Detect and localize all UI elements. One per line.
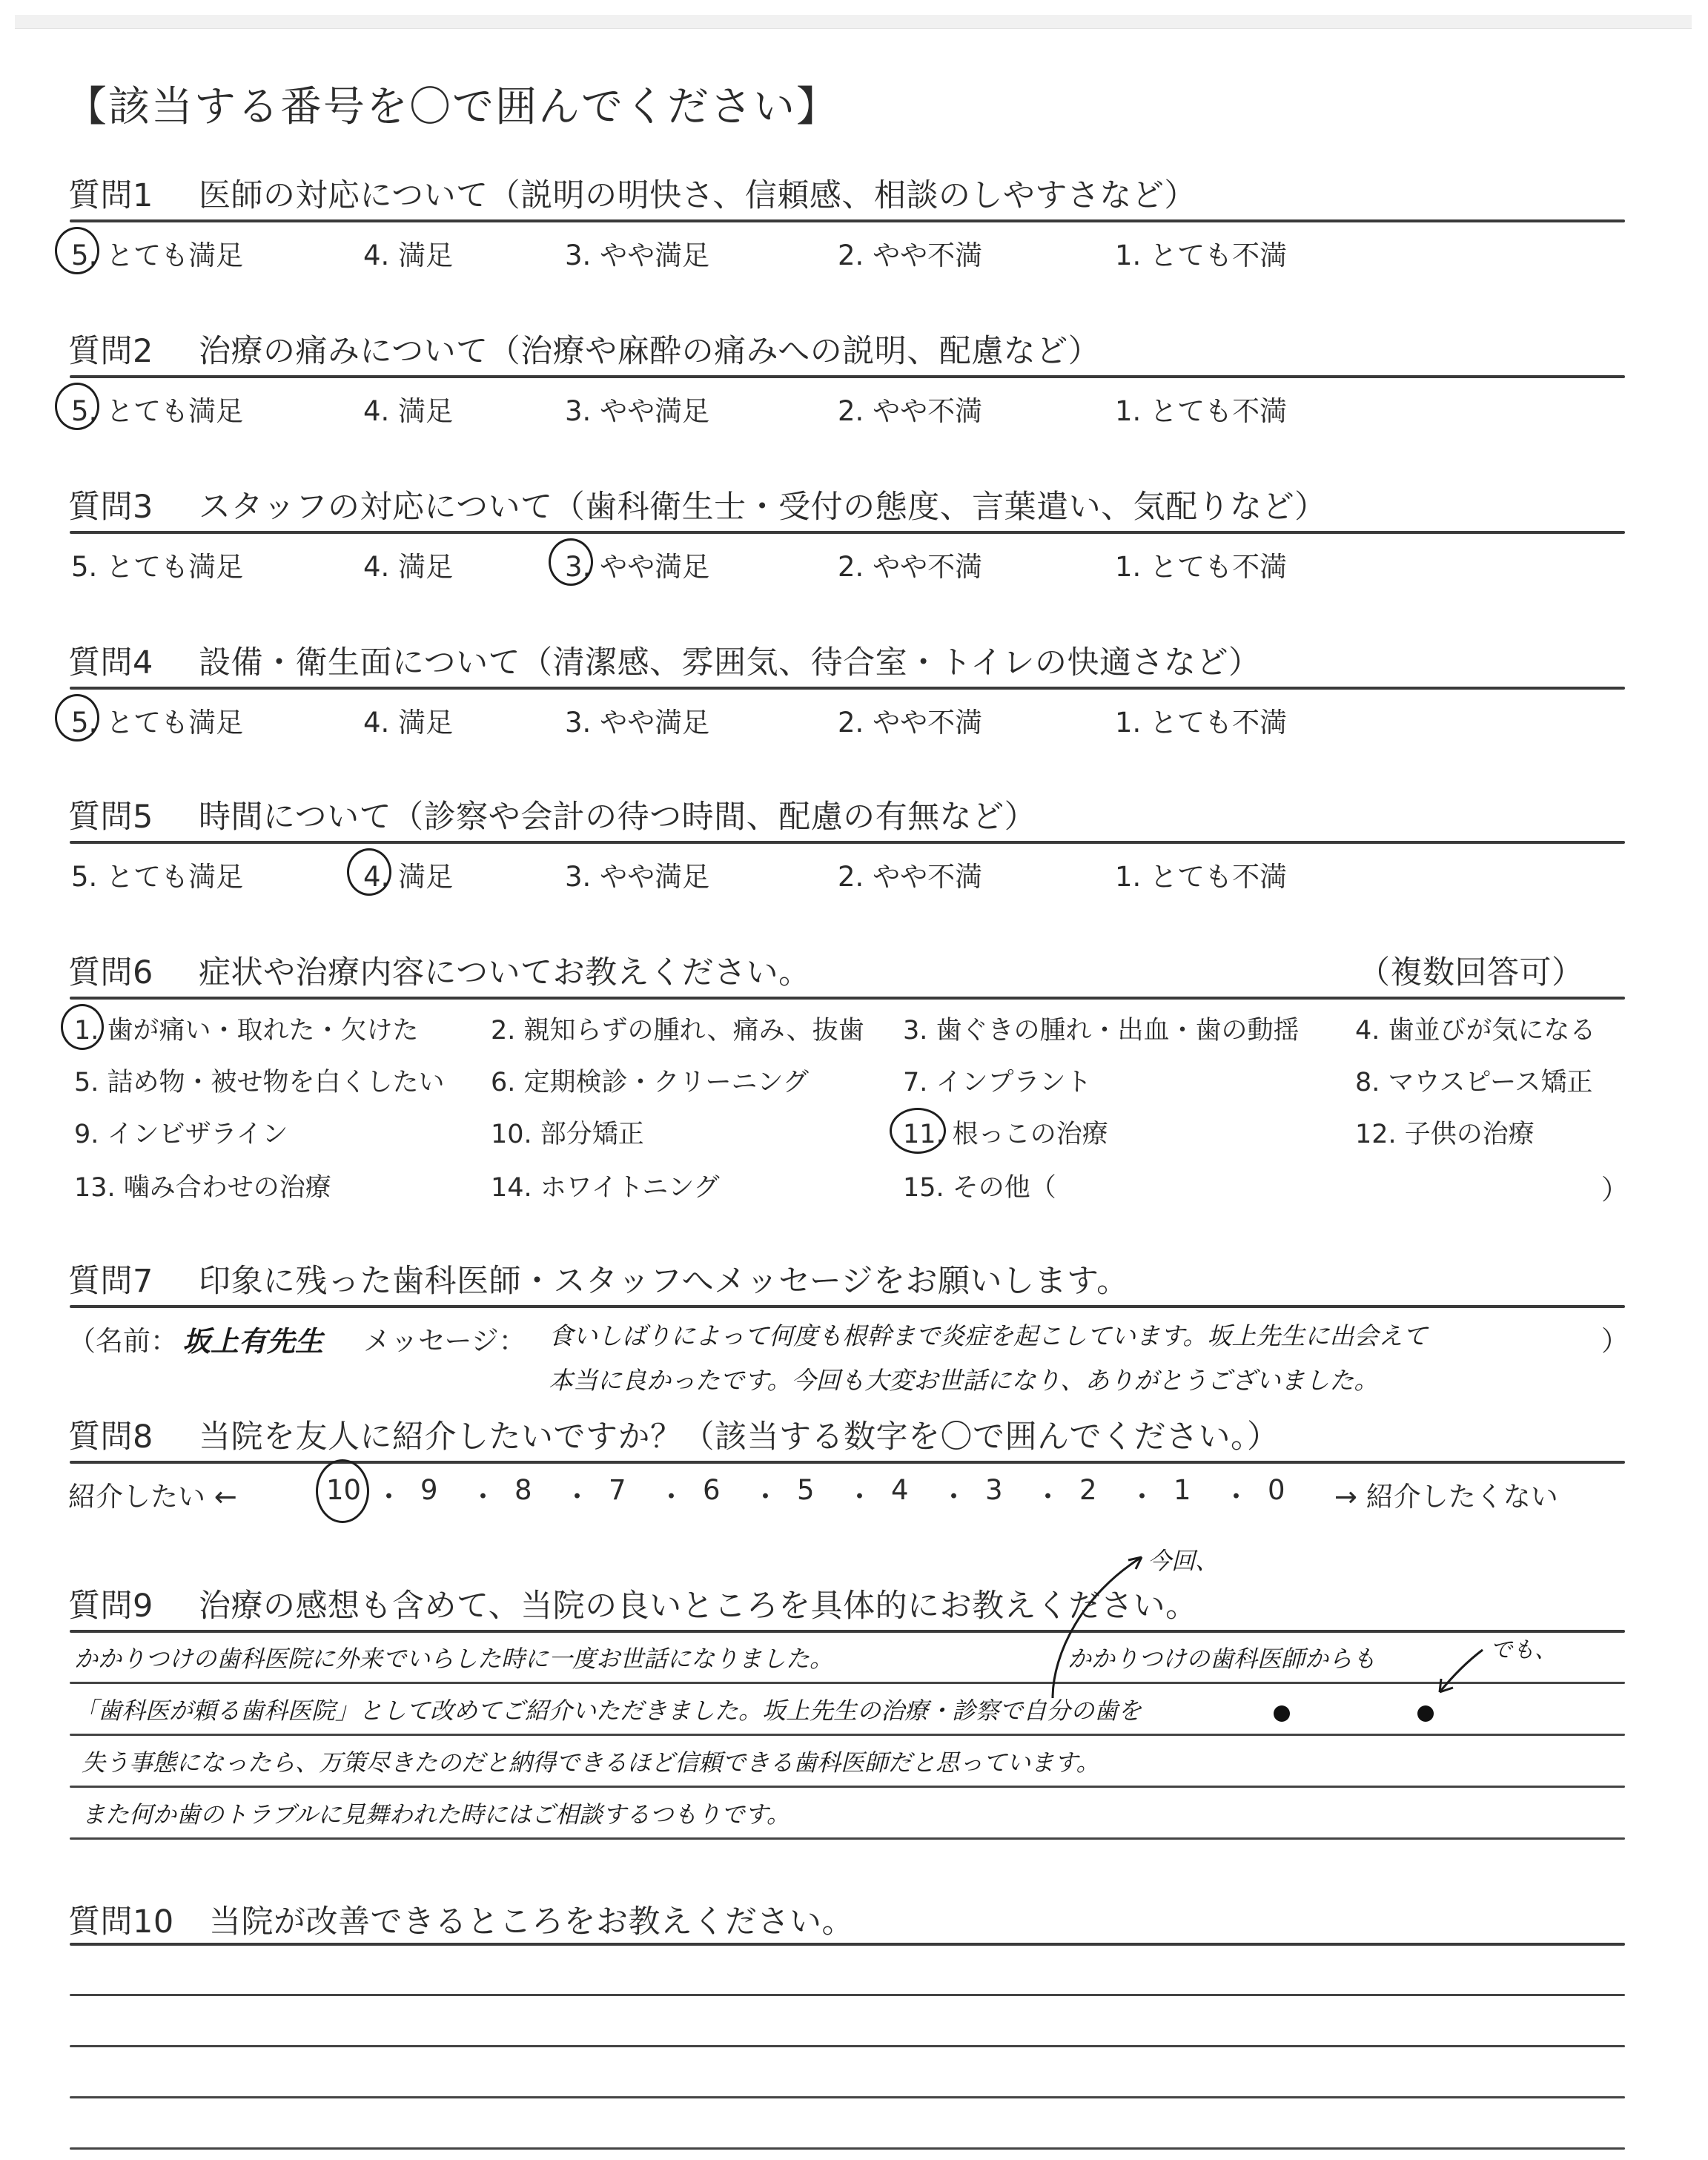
q4-text: 設備・衛生面について（清潔感、雰囲気、待合室・トイレの快適さなど） bbox=[199, 638, 1261, 683]
scan-top-edge bbox=[15, 15, 1692, 29]
q8-scale-5[interactable]: 5 bbox=[797, 1474, 815, 1506]
q8-scale-8[interactable]: 8 bbox=[514, 1474, 532, 1506]
q9-line-3[interactable]: 失う事態になったら、万策尽きたのだと納得できるほど信頼できる歯科医師だと思ってい… bbox=[82, 1744, 1099, 1778]
q2-rule bbox=[70, 375, 1625, 378]
q7-message-line1[interactable]: 食いしばりによって何度も根幹まで炎症を起こしています。坂上先生に出会えて bbox=[549, 1317, 1427, 1352]
q8-scale-separator: ・ bbox=[469, 1474, 497, 1514]
q8-text: 当院を友人に紹介したいですか？（該当する数字を〇で囲んでください。） bbox=[199, 1412, 1280, 1457]
q3-text: スタッフの対応について（歯科衛生士・受付の態度、言葉遣い、気配りなど） bbox=[199, 482, 1327, 527]
q6-note: （複数回答可） bbox=[1358, 948, 1584, 993]
q3-option-1[interactable]: 1. とても不満 bbox=[1115, 544, 1287, 584]
q7-label: 質問7 bbox=[68, 1256, 153, 1301]
q8-scale-10[interactable]: 10 bbox=[326, 1474, 361, 1506]
q8-label: 質問8 bbox=[68, 1412, 153, 1457]
q2-text: 治療の痛みについて（治療や麻酔の痛みへの説明、配慮など） bbox=[199, 326, 1100, 371]
q5-text: 時間について（診察や会計の待つ時間、配慮の有無など） bbox=[199, 792, 1036, 837]
q4-rule bbox=[70, 687, 1625, 690]
q4-option-2[interactable]: 2. やや不満 bbox=[838, 700, 982, 740]
q8-scale-separator: ・ bbox=[1222, 1474, 1250, 1514]
q10-text: 当院が改善できるところをお教えください。 bbox=[209, 1897, 854, 1942]
q6-option-2[interactable]: 2. 親知らずの腫れ、痛み、抜歯 bbox=[491, 1010, 864, 1047]
q7-message-label: メッセージ： bbox=[363, 1318, 526, 1358]
q9-line-1[interactable]: かかりつけの歯科医院に外来でいらした時に一度お世話になりました。 bbox=[74, 1640, 833, 1674]
q1-option-3[interactable]: 3. やや満足 bbox=[565, 233, 709, 273]
q9-label: 質問9 bbox=[68, 1581, 153, 1626]
q10-answer-line-2[interactable] bbox=[70, 2045, 1625, 2047]
insert-arrow-icon bbox=[1038, 1550, 1171, 1713]
q4-option-3[interactable]: 3. やや満足 bbox=[565, 700, 709, 740]
q3-option-2[interactable]: 2. やや不満 bbox=[838, 544, 982, 584]
q2-option-4[interactable]: 4. 満足 bbox=[363, 389, 453, 429]
q6-option-6[interactable]: 6. 定期検診・クリーニング bbox=[491, 1062, 809, 1099]
q5-option-2[interactable]: 2. やや不満 bbox=[838, 854, 982, 894]
q9-answer-line-2 bbox=[70, 1734, 1625, 1736]
q6-option-15[interactable]: 15. その他（ bbox=[903, 1167, 1056, 1204]
q7-close-paren: ） bbox=[1601, 1318, 1629, 1358]
q8-scale-9[interactable]: 9 bbox=[420, 1474, 438, 1506]
q3-label: 質問3 bbox=[68, 482, 153, 527]
q8-scale-6[interactable]: 6 bbox=[703, 1474, 721, 1506]
q8-scale-separator: ・ bbox=[375, 1474, 403, 1514]
q6-rule bbox=[70, 997, 1625, 1000]
q6-option-8[interactable]: 8. マウスピース矯正 bbox=[1355, 1062, 1592, 1099]
q2-option-2[interactable]: 2. やや不満 bbox=[838, 389, 982, 429]
q8-scale-separator: ・ bbox=[940, 1474, 967, 1514]
q3-option-3[interactable]: 3. やや満足 bbox=[565, 544, 709, 584]
q6-option-11[interactable]: 11. 根っこの治療 bbox=[903, 1114, 1108, 1151]
q9-line-4[interactable]: また何か歯のトラブルに見舞われた時にはご相談するつもりです。 bbox=[82, 1796, 790, 1830]
q8-scale-0[interactable]: 0 bbox=[1268, 1474, 1285, 1506]
q6-text: 症状や治療内容についてお教えください。 bbox=[199, 948, 811, 993]
q2-label: 質問2 bbox=[68, 326, 153, 371]
q8-scale-separator: ・ bbox=[1034, 1474, 1062, 1514]
q10-answer-line-3[interactable] bbox=[70, 2096, 1625, 2098]
q1-rule bbox=[70, 219, 1625, 222]
q8-rule bbox=[70, 1461, 1625, 1464]
q7-name-value[interactable]: 坂上有先生 bbox=[182, 1318, 323, 1359]
q9-rule bbox=[70, 1630, 1625, 1633]
q3-rule bbox=[70, 531, 1625, 534]
q8-scale-2[interactable]: 2 bbox=[1079, 1474, 1097, 1506]
q8-scale-separator: ・ bbox=[658, 1474, 685, 1514]
q8-scale-separator: ・ bbox=[1128, 1474, 1156, 1514]
q8-scale-1[interactable]: 1 bbox=[1174, 1474, 1191, 1506]
q1-option-4[interactable]: 4. 満足 bbox=[363, 233, 453, 273]
q8-scale-4[interactable]: 4 bbox=[891, 1474, 909, 1506]
page-title: 【該当する番号を〇で囲んでください】 bbox=[65, 74, 839, 133]
q6-option-12[interactable]: 12. 子供の治療 bbox=[1355, 1114, 1535, 1151]
ink-blot-1 bbox=[1274, 1705, 1290, 1722]
q10-answer-line-1[interactable] bbox=[70, 1994, 1625, 1996]
q5-option-5[interactable]: 5. とても満足 bbox=[71, 854, 243, 894]
q7-text: 印象に残った歯科医師・スタッフへメッセージをお願いします。 bbox=[199, 1256, 1129, 1301]
q7-message-line2[interactable]: 本当に良かったです。今回も大変お世話になり、ありがとうございました。 bbox=[549, 1361, 1378, 1396]
q8-scale-separator: ・ bbox=[563, 1474, 591, 1514]
q1-option-2[interactable]: 2. やや不満 bbox=[838, 233, 982, 273]
q10-rule bbox=[70, 1943, 1625, 1946]
q4-option-5[interactable]: 5. とても満足 bbox=[71, 700, 243, 740]
q6-option-14[interactable]: 14. ホワイトニング bbox=[491, 1167, 720, 1204]
q5-rule bbox=[70, 841, 1625, 844]
q10-label: 質問10 bbox=[68, 1897, 174, 1942]
q5-label: 質問5 bbox=[68, 792, 153, 837]
q6-option-9[interactable]: 9. インビザライン bbox=[74, 1114, 288, 1151]
q6-other-close: ） bbox=[1601, 1167, 1629, 1207]
q8-scale-separator: ・ bbox=[846, 1474, 873, 1514]
q1-text: 医師の対応について（説明の明快さ、信頼感、相談のしやすさなど） bbox=[199, 171, 1196, 216]
q5-option-4[interactable]: 4. 満足 bbox=[363, 854, 453, 894]
q3-option-5[interactable]: 5. とても満足 bbox=[71, 544, 243, 584]
q1-label: 質問1 bbox=[68, 171, 153, 216]
q8-scale-separator: ・ bbox=[752, 1474, 779, 1514]
q5-option-3[interactable]: 3. やや満足 bbox=[565, 854, 709, 894]
q4-label: 質問4 bbox=[68, 638, 153, 683]
q8-left-label: 紹介したい ← bbox=[68, 1474, 237, 1514]
q6-option-7[interactable]: 7. インプラント bbox=[903, 1062, 1092, 1099]
q2-option-1[interactable]: 1. とても不満 bbox=[1115, 389, 1287, 429]
q6-label: 質問6 bbox=[68, 948, 153, 993]
q8-right-label: → 紹介したくない bbox=[1334, 1474, 1558, 1514]
q10-answer-line-4[interactable] bbox=[70, 2147, 1625, 2150]
q9-insert-right: でも、 bbox=[1490, 1631, 1557, 1664]
q2-option-3[interactable]: 3. やや満足 bbox=[565, 389, 709, 429]
q8-scale-7[interactable]: 7 bbox=[609, 1474, 626, 1506]
q9-line-2[interactable]: 「歯科医が頼る歯科医院」として改めてご紹介いただきました。坂上先生の治療・診察で… bbox=[74, 1692, 1142, 1726]
q9-answer-line-1 bbox=[70, 1682, 1625, 1684]
q9-answer-line-3 bbox=[70, 1786, 1625, 1788]
q6-option-4[interactable]: 4. 歯並びが気になる bbox=[1355, 1010, 1596, 1047]
insert-arrow-right-icon bbox=[1423, 1646, 1497, 1705]
q1-option-5[interactable]: 5. とても満足 bbox=[71, 233, 243, 273]
q6-option-3[interactable]: 3. 歯ぐきの腫れ・出血・歯の動揺 bbox=[903, 1010, 1300, 1047]
ink-blot-2 bbox=[1417, 1705, 1434, 1722]
q9-answer-line-4 bbox=[70, 1837, 1625, 1840]
q5-option-1[interactable]: 1. とても不満 bbox=[1115, 854, 1287, 894]
q4-option-4[interactable]: 4. 満足 bbox=[363, 700, 453, 740]
q7-rule bbox=[70, 1305, 1625, 1308]
q2-option-5[interactable]: 5. とても満足 bbox=[71, 389, 243, 429]
q6-option-10[interactable]: 10. 部分矯正 bbox=[491, 1114, 644, 1151]
q4-option-1[interactable]: 1. とても不満 bbox=[1115, 700, 1287, 740]
q6-option-5[interactable]: 5. 詰め物・被せ物を白くしたい bbox=[74, 1062, 445, 1099]
q6-option-13[interactable]: 13. 噛み合わせの治療 bbox=[74, 1167, 331, 1204]
q3-option-4[interactable]: 4. 満足 bbox=[363, 544, 453, 584]
q6-option-1[interactable]: 1. 歯が痛い・取れた・欠けた bbox=[74, 1010, 419, 1047]
q7-name-label: （名前： bbox=[68, 1318, 178, 1358]
q1-option-1[interactable]: 1. とても不満 bbox=[1115, 233, 1287, 273]
q8-scale-3[interactable]: 3 bbox=[985, 1474, 1003, 1506]
